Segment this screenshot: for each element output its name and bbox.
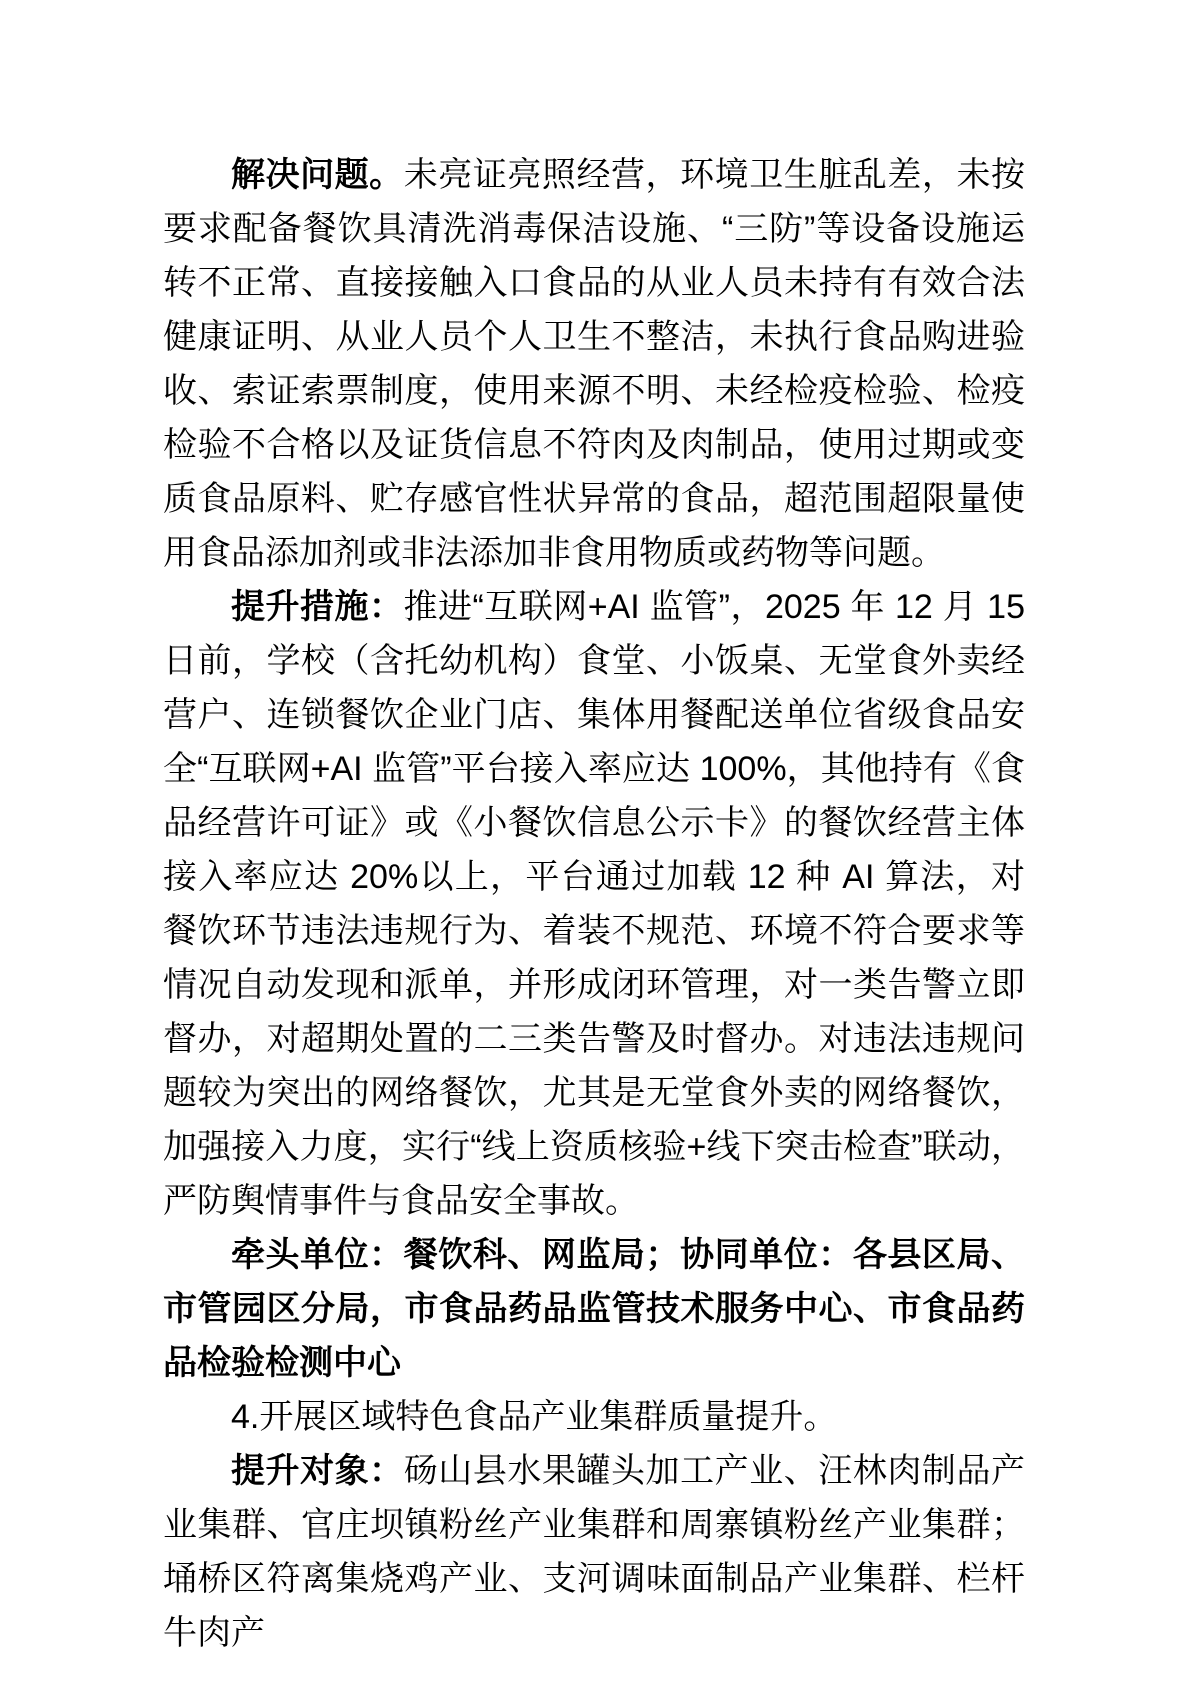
paragraph-problem-solving: 解决问题。未亮证亮照经营，环境卫生脏乱差，未按要求配备餐饮具清洗消毒保洁设施、“… <box>163 148 1025 580</box>
document-text-block: 解决问题。未亮证亮照经营，环境卫生脏乱差，未按要求配备餐饮具清洗消毒保洁设施、“… <box>163 148 1025 1660</box>
paragraph-lead-improvement-targets: 提升对象： <box>231 1452 404 1490</box>
paragraph-text-problem-solving: 未亮证亮照经营，环境卫生脏乱差，未按要求配备餐饮具清洗消毒保洁设施、“三防”等设… <box>163 156 1025 572</box>
paragraph-lead-problem-solving: 解决问题。 <box>231 156 404 194</box>
heading-item-4: 4.开展区域特色食品产业集群质量提升。 <box>163 1390 1025 1444</box>
paragraph-text-lead-units: 牵头单位：餐饮科、网监局；协同单位：各县区局、市管园区分局，市食品药品监管技术服… <box>163 1236 1025 1382</box>
heading-item-4-text: 4.开展区域特色食品产业集群质量提升。 <box>231 1398 837 1436</box>
paragraph-text-improvement-measures: 推进“互联网+AI 监管”，2025 年 12 月 15 日前，学校（含托幼机构… <box>163 588 1025 1220</box>
document-page: 解决问题。未亮证亮照经营，环境卫生脏乱差，未按要求配备餐饮具清洗消毒保洁设施、“… <box>0 0 1190 1684</box>
paragraph-lead-units: 牵头单位：餐饮科、网监局；协同单位：各县区局、市管园区分局，市食品药品监管技术服… <box>163 1228 1025 1390</box>
paragraph-improvement-targets: 提升对象：砀山县水果罐头加工产业、汪林肉制品产业集群、官庄坝镇粉丝产业集群和周寨… <box>163 1444 1025 1660</box>
paragraph-improvement-measures: 提升措施：推进“互联网+AI 监管”，2025 年 12 月 15 日前，学校（… <box>163 580 1025 1228</box>
paragraph-lead-improvement-measures: 提升措施： <box>231 588 403 626</box>
